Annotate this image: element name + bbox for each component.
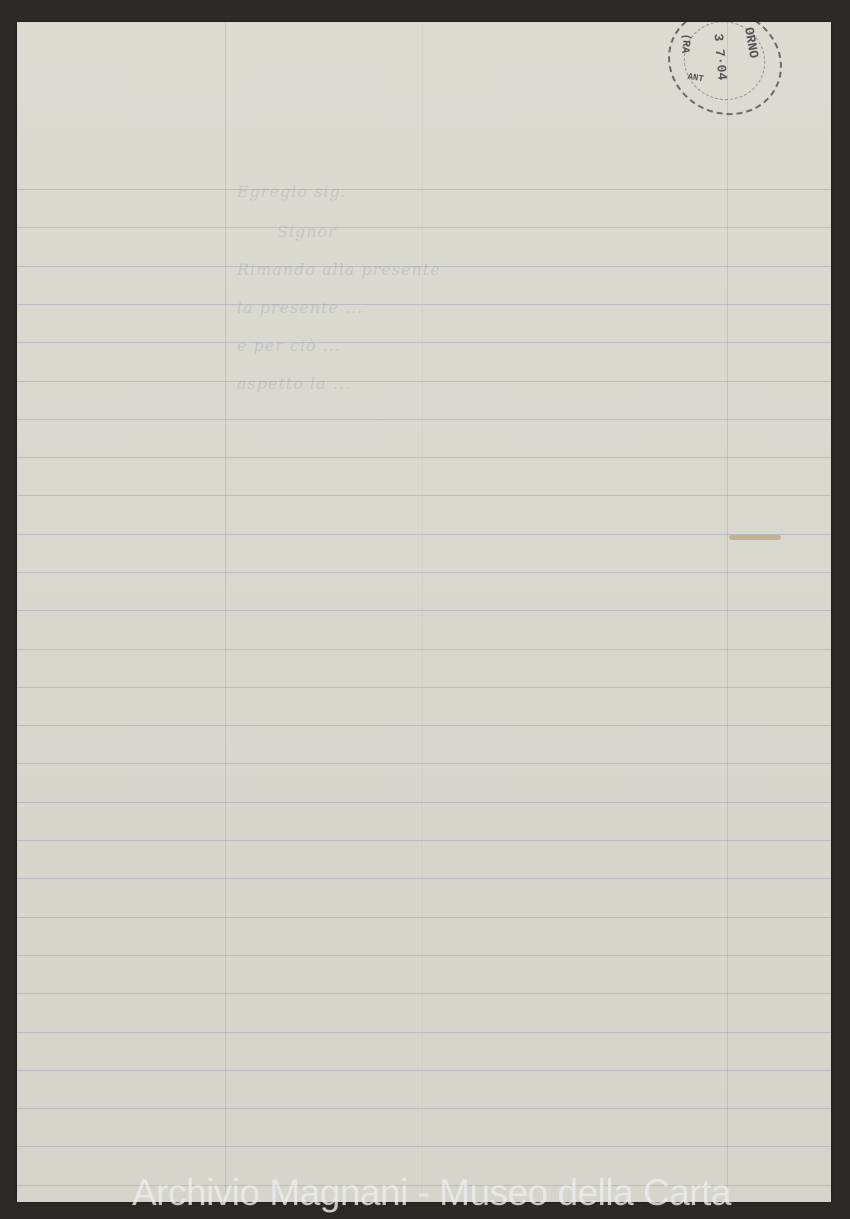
ruled-line xyxy=(17,802,831,803)
ruled-line xyxy=(17,725,831,726)
ruled-line xyxy=(17,457,831,458)
horizontal-fold xyxy=(17,615,831,617)
ruled-line xyxy=(17,687,831,688)
postmark-text: ANT xyxy=(687,72,705,85)
ruled-line xyxy=(17,1032,831,1033)
ruled-line xyxy=(17,917,831,918)
bleed-through-line: Egregio sig. xyxy=(237,182,347,196)
ruled-line xyxy=(17,649,831,650)
ruled-line xyxy=(17,534,831,535)
ruled-line xyxy=(17,495,831,496)
letter-sheet: Egregio sig. Signor Rimando alla present… xyxy=(17,22,831,1202)
vertical-fold xyxy=(422,22,424,1202)
ruled-line xyxy=(17,227,831,228)
archive-watermark: Archivio Magnani - Museo della Carta xyxy=(132,1172,731,1214)
ruled-line xyxy=(17,419,831,420)
ruled-line xyxy=(17,610,831,611)
ruled-line xyxy=(17,840,831,841)
ruled-line xyxy=(17,878,831,879)
margin-line-left xyxy=(225,22,226,1202)
ruled-line xyxy=(17,1070,831,1071)
bleed-through-line: la presente ... xyxy=(237,298,363,312)
bleed-through-line: aspetto la ... xyxy=(237,374,351,388)
ruled-line xyxy=(17,993,831,994)
ruled-line xyxy=(17,381,831,382)
postmark-text: (RA xyxy=(678,33,692,54)
ruled-line xyxy=(17,763,831,764)
margin-line-right xyxy=(727,22,728,1202)
ruled-line xyxy=(17,1146,831,1147)
ruled-line xyxy=(17,572,831,573)
ruled-line xyxy=(17,1108,831,1109)
ruled-line xyxy=(17,342,831,343)
bleed-through-line: e per ciò ... xyxy=(237,336,341,350)
ruled-line xyxy=(17,189,831,190)
ruled-line xyxy=(17,955,831,956)
bleed-through-line: Rimando alla presente xyxy=(237,260,441,274)
bleed-through-line: Signor xyxy=(277,222,337,236)
postmark-stamp: ORNO 3 7·04 (RA ANT xyxy=(650,22,799,134)
ruled-line xyxy=(17,304,831,305)
stain xyxy=(729,535,781,540)
